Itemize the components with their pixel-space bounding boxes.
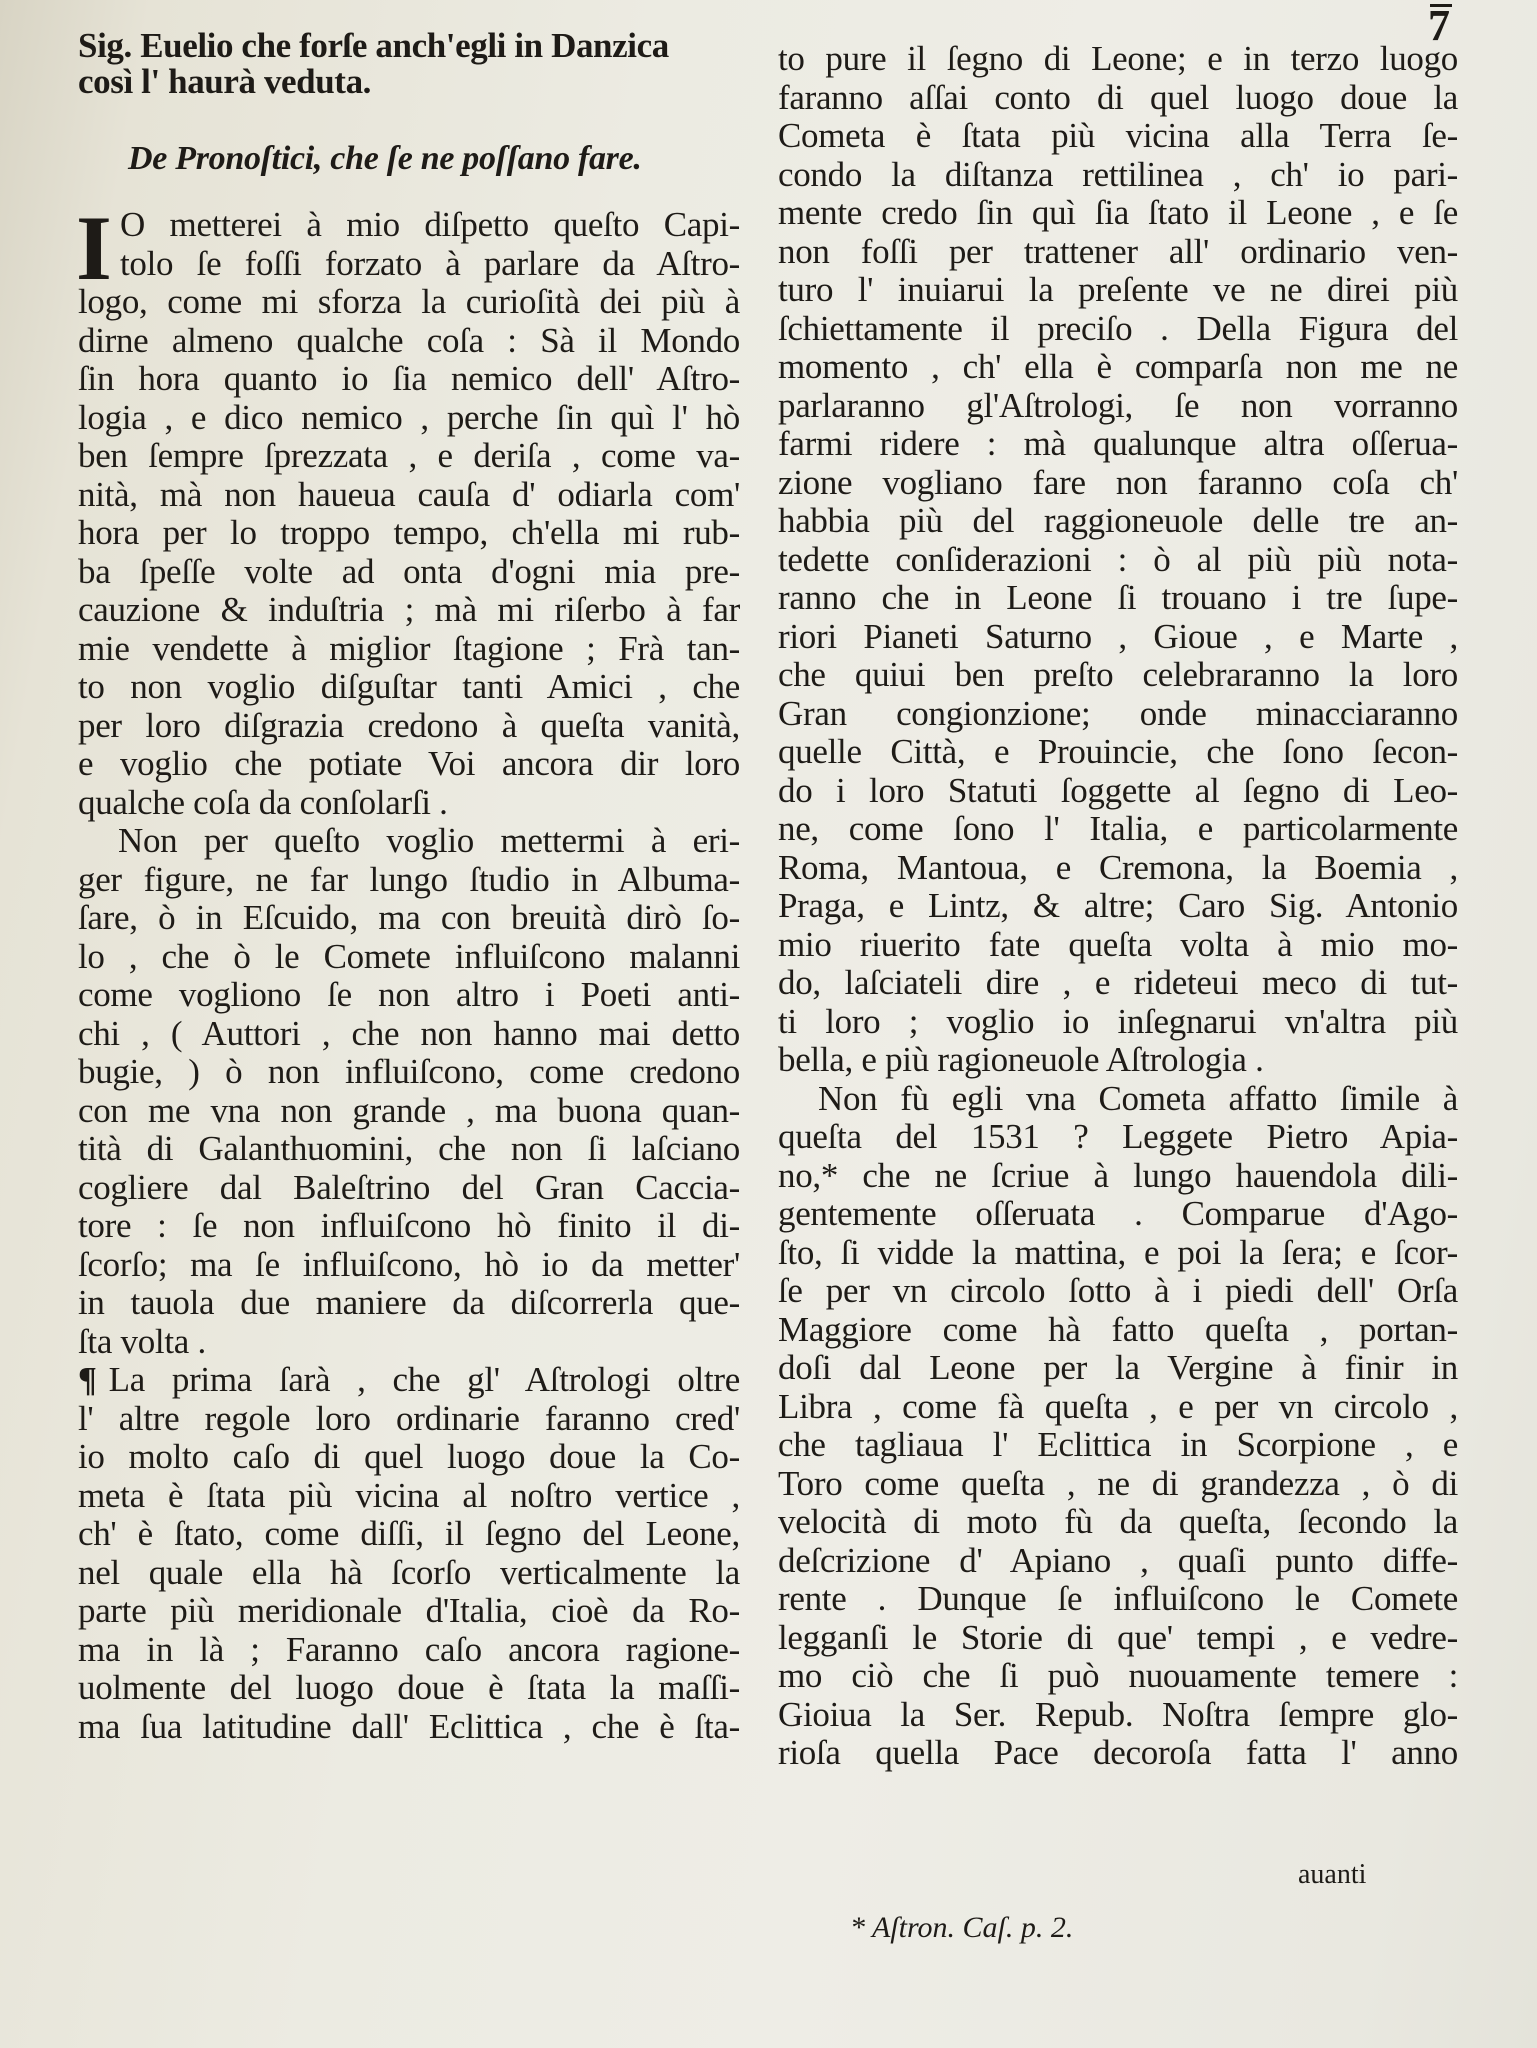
section-heading: De Pronoſtici, che ſe ne poſſano fare. [128, 140, 740, 178]
continuation-line: Sig. Euelio che forſe anch'egli in Danzi… [78, 28, 740, 64]
text-line: mio riuerito fate queſta volta à mio mo- [778, 926, 1458, 965]
text-line: nità, mà non haueua cauſa d' odiarla com… [78, 476, 740, 515]
text-line: hora per lo troppo tempo, ch'ella mi rub… [78, 514, 740, 553]
paragraph-second: Non per queſto voglio mettermi à eri- ge… [78, 822, 740, 1361]
text-line: velocità di moto fù da queſta, ſecondo l… [778, 1503, 1458, 1542]
footnote: * Aſtron. Caſ. p. 2. [850, 1912, 1073, 1944]
text-line: faranno aſſai conto di quel luogo doue l… [778, 79, 1458, 118]
text-line: ne, come ſono l' Italia, e particolarmen… [778, 810, 1458, 849]
left-column: Sig. Euelio che forſe anch'egli in Danzi… [78, 28, 740, 1746]
text-line: logia , e dico nemico , perche ſin quì l… [78, 399, 740, 438]
paragraph-third: ¶ La prima ſarà , che gl' Aſtrologi oltr… [78, 1361, 740, 1746]
paragraph-intro: I O metterei à mio diſpetto queſto Capi-… [78, 206, 740, 822]
text-line: Non fù egli vna Cometa affatto ſimile à [778, 1080, 1458, 1119]
text-line: nel quale ella hà ſcorſo verticalmente l… [78, 1554, 740, 1593]
text-line: habbia più del raggioneuole delle tre an… [778, 502, 1458, 541]
text-line: Gioiua la Ser. Repub. Noſtra ſempre glo- [778, 1696, 1458, 1735]
text-line: do i loro Statuti ſoggette al ſegno di L… [778, 772, 1458, 811]
text-line: come vogliono ſe non altro i Poeti anti- [78, 976, 740, 1015]
text-line: queſta del 1531 ? Leggete Pietro Apia- [778, 1118, 1458, 1157]
text-line: mente credo ſin quì ſia ſtato il Leone ,… [778, 194, 1458, 233]
text-line: ſcorſo; ma ſe influiſcono, hò io da mett… [78, 1246, 740, 1285]
text-line: Libra , come fà queſta , e per vn circol… [778, 1388, 1458, 1427]
text-line: qualche coſa da conſolarſi . [78, 784, 740, 823]
text-line: con me vna non grande , ma buona quan- [78, 1092, 740, 1131]
text-line: ¶ La prima ſarà , che gl' Aſtrologi oltr… [78, 1361, 740, 1400]
text-line: condo la diſtanza rettilinea , ch' io pa… [778, 156, 1458, 195]
book-page: 7 Sig. Euelio che forſe anch'egli in Dan… [0, 0, 1537, 2048]
text-line: meta è ſtata più vicina al noſtro vertic… [78, 1477, 740, 1516]
text-line: io molto caſo di quel luogo doue la Co- [78, 1438, 740, 1477]
paragraph-continued: to pure il ſegno di Leone; e in terzo lu… [778, 40, 1458, 1080]
text-line: Roma, Mantoua, e Cremona, la Boemia , [778, 849, 1458, 888]
text-line: chi , ( Auttori , che non hanno mai dett… [78, 1015, 740, 1054]
text-line: legganſi le Storie di que' tempi , e ved… [778, 1619, 1458, 1658]
right-column: to pure il ſegno di Leone; e in terzo lu… [778, 40, 1458, 1773]
text-line: Cometa è ſtata più vicina alla Terra ſe- [778, 117, 1458, 156]
text-line: gentemente oſſeruata . Comparue d'Ago- [778, 1195, 1458, 1234]
text-line: mo ciò che ſi può nuouamente temere : [778, 1657, 1458, 1696]
text-line: doſi dal Leone per la Vergine à finir in [778, 1349, 1458, 1388]
text-line: per loro diſgrazia credono à queſta vani… [78, 707, 740, 746]
text-line: ſchiettamente il preciſo . Della Figura … [778, 310, 1458, 349]
text-line: Maggiore come hà fatto queſta , portan- [778, 1311, 1458, 1350]
text-line: ger figure, ne far lungo ſtudio in Album… [78, 861, 740, 900]
text-line-content: La prima ſarà , che gl' Aſtrologi oltre [109, 1361, 740, 1400]
text-line: ben ſempre ſprezzata , e deriſa , come v… [78, 437, 740, 476]
text-line: bugie, ) ò non influiſcono, come credono [78, 1053, 740, 1092]
text-line: tore : ſe non influiſcono hò finito il d… [78, 1207, 740, 1246]
text-line: dirne almeno qualche coſa : Sà il Mondo [78, 322, 740, 361]
text-line: deſcrizione d' Apiano , quaſi punto diff… [778, 1542, 1458, 1581]
text-line: mie vendette à miglior ſtagione ; Frà ta… [78, 630, 740, 669]
text-line: O metterei à mio diſpetto queſto Capi- [78, 206, 740, 245]
drop-cap: I [76, 208, 112, 288]
text-line: rioſa quella Pace decoroſa fatta l' anno [778, 1734, 1458, 1773]
text-line: zione vogliano fare non faranno coſa ch' [778, 464, 1458, 503]
text-line: e voglio che potiate Voi ancora dir loro [78, 745, 740, 784]
text-line: ſare, ò in Eſcuido, ma con breuità dirò … [78, 899, 740, 938]
text-line: rente . Dunque ſe influiſcono le Comete [778, 1580, 1458, 1619]
text-line: Gran congionzione; onde minacciaranno [778, 695, 1458, 734]
pilcrow-icon: ¶ [78, 1361, 97, 1400]
text-line: momento , ch' ella è comparſa non me ne [778, 348, 1458, 387]
text-line: turo l' inuiarui la preſente ve ne direi… [778, 271, 1458, 310]
text-line: do, laſciateli dire , e rideteui meco di… [778, 964, 1458, 1003]
text-line: parlaranno gl'Aſtrologi, ſe non vorranno [778, 387, 1458, 426]
text-line: bella, e più ragioneuole Aſtrologia . [778, 1041, 1458, 1080]
text-line: no,* che ne ſcriue à lungo hauendola dil… [778, 1157, 1458, 1196]
text-line: ti loro ; voglio io inſegnarui vn'altra … [778, 1003, 1458, 1042]
text-line: Toro come queſta , ne di grandezza , ò d… [778, 1465, 1458, 1504]
text-line: to non voglio diſguſtar tanti Amici , ch… [78, 668, 740, 707]
catchword: auanti [1298, 1860, 1366, 1890]
continuation-line: così l' haurà veduta. [78, 64, 740, 100]
text-line: cauzione & induſtria ; mà mi riſerbo à f… [78, 591, 740, 630]
text-line: parte più meridionale d'Italia, cioè da … [78, 1592, 740, 1631]
text-line: tità di Galanthuomini, che non ſi laſcia… [78, 1130, 740, 1169]
text-line: ſto, ſi vidde la mattina, e poi la ſera;… [778, 1234, 1458, 1273]
text-line: ma ſua latitudine dall' Eclittica , che … [78, 1708, 740, 1747]
text-line: riori Pianeti Saturno , Gioue , e Marte … [778, 618, 1458, 657]
text-line: ch' è ſtato, come diſſi, il ſegno del Le… [78, 1515, 740, 1554]
text-line: che tagliaua l' Eclittica in Scorpione ,… [778, 1426, 1458, 1465]
text-line: l' altre regole loro ordinarie faranno c… [78, 1400, 740, 1439]
text-line: ſe per vn circolo ſotto à i piedi dell' … [778, 1272, 1458, 1311]
text-line: ba ſpeſſe volte ad onta d'ogni mia pre- [78, 553, 740, 592]
text-line: quelle Città, e Prouincie, che ſono ſeco… [778, 733, 1458, 772]
text-line: Non per queſto voglio mettermi à eri- [78, 822, 740, 861]
text-line: non foſſi per trattener all' ordinario v… [778, 233, 1458, 272]
text-line: ma in là ; Faranno caſo ancora ragione- [78, 1631, 740, 1670]
text-line: in tauola due maniere da diſcorrerla que… [78, 1284, 740, 1323]
text-line: ranno che in Leone ſi trouano i tre ſupe… [778, 579, 1458, 618]
text-line: to pure il ſegno di Leone; e in terzo lu… [778, 40, 1458, 79]
text-line: Praga, e Lintz, & altre; Caro Sig. Anton… [778, 887, 1458, 926]
text-line: farmi ridere : mà qualunque altra oſſeru… [778, 425, 1458, 464]
text-line: logo, come mi sforza la curioſità dei pi… [78, 283, 740, 322]
text-line: ſin hora quanto io ſia nemico dell' Aſtr… [78, 360, 740, 399]
text-line: che quiui ben preſto celebraranno la lor… [778, 656, 1458, 695]
text-line: tolo ſe foſſi forzato à parlare da Aſtro… [78, 245, 740, 284]
text-line: cogliere dal Baleſtrino del Gran Caccia- [78, 1169, 740, 1208]
text-line: uolmente del luogo doue è ſtata la maſſi… [78, 1669, 740, 1708]
paragraph-comet-1531: Non fù egli vna Cometa affatto ſimile à … [778, 1080, 1458, 1773]
text-line: ſta volta . [78, 1323, 740, 1362]
text-line: lo , che ò le Comete influiſcono malanni [78, 938, 740, 977]
text-line: tedette conſiderazioni : ò al più più no… [778, 541, 1458, 580]
